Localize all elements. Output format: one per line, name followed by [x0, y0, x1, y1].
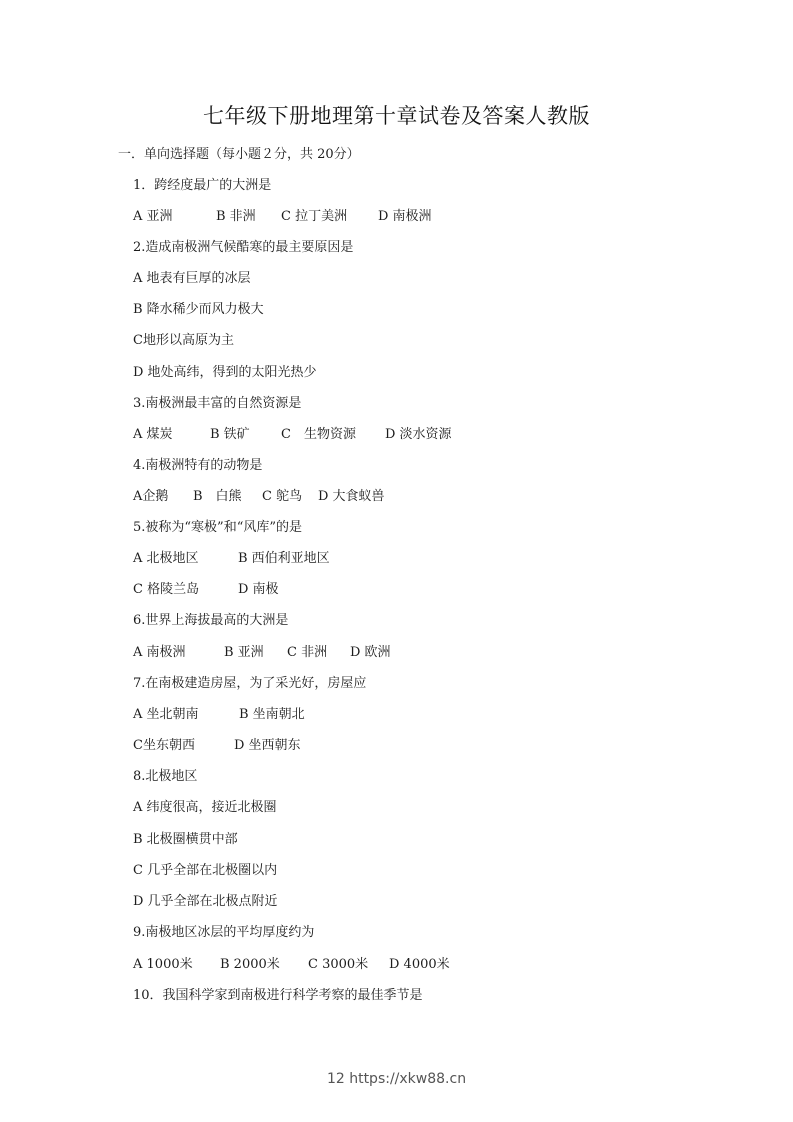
option-b: B 西伯利亚地区 [238, 550, 330, 568]
document-title: 七年级下册地理第十章试卷及答案人教版 [0, 100, 793, 130]
option-d: D 坐西朝东 [234, 737, 301, 755]
option-c: C 非洲 [287, 644, 327, 662]
question-stem: 4.南极洲特有的动物是 [133, 457, 262, 475]
option-b: B 降水稀少而风力极大 [133, 301, 264, 319]
option-a: A 地表有巨厚的冰层 [133, 270, 251, 288]
question-stem: 9.南极地区冰层的平均厚度约为 [133, 924, 314, 942]
option-row: A 坐北朝南 B 坐南朝北 [133, 706, 533, 724]
question-stem: 6.世界上海拔最高的大洲是 [133, 612, 288, 630]
option-d: D 南极洲 [378, 208, 432, 226]
question-stem: 2.造成南极洲气候酷寒的最主要原因是 [133, 239, 353, 257]
option-row: A 亚洲 B 非洲 C 拉丁美洲 D 南极洲 [133, 208, 533, 226]
option-c: C 几乎全部在北极圈以内 [133, 862, 277, 880]
option-c: C地形以高原为主 [133, 332, 234, 350]
option-row: C 格陵兰岛 D 南极 [133, 581, 533, 599]
option-d: D 地处高纬，得到的太阳光热少 [133, 364, 317, 382]
option-b: B 亚洲 [224, 644, 264, 662]
option-c: C 格陵兰岛 [133, 581, 199, 599]
option-c: C 鸵鸟 [262, 488, 302, 506]
option-b: B 非洲 [216, 208, 256, 226]
question-stem: 8.北极地区 [133, 768, 197, 786]
option-d: D 大食蚁兽 [318, 488, 385, 506]
option-b: B 2000米 [220, 956, 280, 974]
question-stem: 7.在南极建造房屋，为了采光好，房屋应 [133, 675, 366, 693]
option-d: D 4000米 [389, 956, 450, 974]
option-d: D 淡水资源 [385, 426, 452, 444]
option-a: A 坐北朝南 [133, 706, 199, 724]
option-b: B 铁矿 [210, 426, 250, 444]
option-b: B 北极圈横贯中部 [133, 831, 238, 849]
question-stem: 3.南极洲最丰富的自然资源是 [133, 395, 301, 413]
option-a: A 1000米 [133, 956, 193, 974]
option-c: C 拉丁美洲 [281, 208, 347, 226]
option-a: A 纬度很高，接近北极圈 [133, 799, 277, 817]
question-stem: 10．我国科学家到南极进行科学考察的最佳季节是 [133, 987, 423, 1005]
option-a: A 南极洲 [133, 644, 186, 662]
question-stem: 5.被称为“寒极”和“风库”的是 [133, 519, 302, 537]
option-d: D 几乎全部在北极点附近 [133, 893, 278, 911]
option-a: A企鹅 [133, 488, 168, 506]
option-b: B 坐南朝北 [239, 706, 305, 724]
option-d: D 南极 [238, 581, 279, 599]
option-b: B 白熊 [193, 488, 242, 506]
section-heading: 一．单向选择题（每小题２分，共 20分） [118, 146, 360, 164]
option-row: A 北极地区 B 西伯利亚地区 [133, 550, 533, 568]
option-c: C 3000米 [308, 956, 368, 974]
option-c: C坐东朝西 [133, 737, 195, 755]
option-c: C 生物资源 [281, 426, 356, 444]
question-stem: 1．跨经度最广的大洲是 [133, 177, 271, 195]
option-a: A 北极地区 [133, 550, 199, 568]
option-row: A 南极洲 B 亚洲 C 非洲 D 欧洲 [133, 644, 533, 662]
option-a: A 煤炭 [133, 426, 173, 444]
option-row: A 煤炭 B 铁矿 C 生物资源 D 淡水资源 [133, 426, 533, 444]
option-row: C坐东朝西 D 坐西朝东 [133, 737, 533, 755]
option-row: A企鹅 B 白熊 C 鸵鸟 D 大食蚁兽 [133, 488, 533, 506]
option-a: A 亚洲 [133, 208, 173, 226]
option-d: D 欧洲 [350, 644, 391, 662]
option-row: A 1000米 B 2000米 C 3000米 D 4000米 [133, 956, 533, 974]
page-footer: 12 https://xkw88.cn [0, 1071, 793, 1087]
